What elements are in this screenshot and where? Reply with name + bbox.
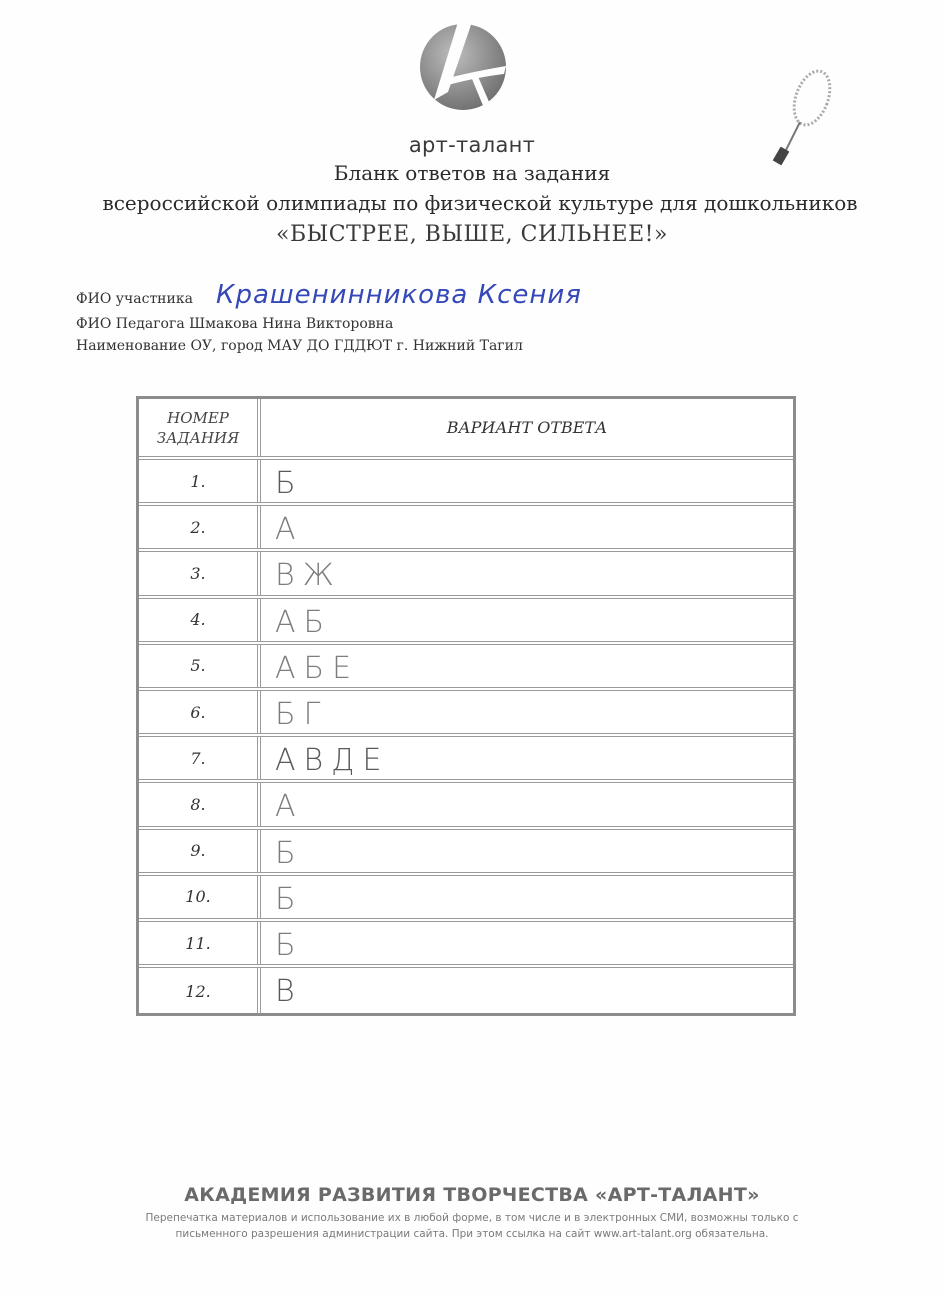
handwritten-answer: А (275, 785, 304, 829)
answer-cell[interactable]: Б (261, 876, 793, 918)
form-title: Бланк ответов на задания (0, 161, 944, 185)
answer-cell[interactable]: А (261, 783, 793, 825)
organization-line: Наименование ОУ, город МАУ ДО ГДДЮТ г. Н… (76, 338, 523, 354)
handwritten-answer: ВЖ (275, 554, 342, 598)
handwritten-answer: АВДЕ (275, 739, 389, 783)
handwritten-answer: Б (275, 924, 304, 968)
task-number: 4. (139, 599, 261, 641)
tennis-racket-icon (770, 60, 840, 170)
teacher-value: Шмакова Нина Викторовна (189, 316, 393, 332)
answer-cell[interactable]: Б (261, 922, 793, 964)
footer-note-line2: письменного разрешения администрации сай… (60, 1226, 884, 1242)
task-number: 3. (139, 552, 261, 594)
olympiad-name: «БЫСТРЕЕ, ВЫШЕ, СИЛЬНЕЕ!» (0, 222, 944, 247)
task-number: 9. (139, 830, 261, 872)
olympiad-subtitle: всероссийской олимпиады по физической ку… (80, 191, 880, 215)
footer-title: АКАДЕМИЯ РАЗВИТИЯ ТВОРЧЕСТВА «АРТ-ТАЛАНТ… (0, 1184, 944, 1206)
handwritten-answer: А (275, 508, 304, 552)
task-number: 12. (139, 968, 261, 1014)
footer-note-line1: Перепечатка материалов и использование и… (60, 1210, 884, 1226)
answer-cell[interactable]: ВЖ (261, 552, 793, 594)
task-number: 1. (139, 460, 261, 502)
table-row: 4.АБ (139, 599, 793, 645)
table-row: 6.БГ (139, 691, 793, 737)
art-talant-logo-icon (418, 22, 508, 112)
table-row: 2.А (139, 506, 793, 552)
handwritten-answer: Б (275, 462, 304, 506)
footer-copyright-note: Перепечатка материалов и использование и… (60, 1210, 884, 1242)
table-row: 5.АБЕ (139, 645, 793, 691)
task-number: 11. (139, 922, 261, 964)
answer-cell[interactable]: АВДЕ (261, 737, 793, 779)
handwritten-answer: В (275, 970, 303, 1014)
table-row: 9.Б (139, 830, 793, 876)
table-row: 12.В (139, 968, 793, 1014)
answer-cell[interactable]: БГ (261, 691, 793, 733)
header-task-number: НОМЕР ЗАДАНИЯ (139, 399, 261, 456)
handwritten-answer: БГ (275, 693, 328, 737)
handwritten-answer: АБЕ (275, 647, 359, 691)
table-row: 10.Б (139, 876, 793, 922)
participant-line: ФИО участника (76, 291, 193, 307)
teacher-label: ФИО Педагога (76, 316, 185, 332)
answer-cell[interactable]: А (261, 506, 793, 548)
participant-name-handwritten: Крашенинникова Ксения (216, 280, 582, 310)
task-number: 6. (139, 691, 261, 733)
handwritten-answer: АБ (275, 601, 332, 645)
answer-cell[interactable]: АБЕ (261, 645, 793, 687)
table-row: 3.ВЖ (139, 552, 793, 598)
table-row: 11.Б (139, 922, 793, 968)
table-row: 8.А (139, 783, 793, 829)
answer-cell[interactable]: АБ (261, 599, 793, 641)
organization-label: Наименование ОУ, город (76, 338, 263, 354)
task-number: 2. (139, 506, 261, 548)
task-number: 5. (139, 645, 261, 687)
handwritten-answer: Б (275, 878, 304, 922)
handwritten-answer: Б (275, 832, 304, 876)
header-answer: ВАРИАНТ ОТВЕТА (261, 399, 793, 456)
table-row: 1.Б (139, 460, 793, 506)
task-number: 8. (139, 783, 261, 825)
header-number-line1: НОМЕР (167, 408, 229, 428)
answer-table: НОМЕР ЗАДАНИЯ ВАРИАНТ ОТВЕТА 1.Б2.А3.ВЖ4… (136, 396, 796, 1016)
task-number: 10. (139, 876, 261, 918)
table-header-row: НОМЕР ЗАДАНИЯ ВАРИАНТ ОТВЕТА (139, 399, 793, 460)
participant-label: ФИО участника (76, 291, 193, 307)
table-row: 7.АВДЕ (139, 737, 793, 783)
organization-value: МАУ ДО ГДДЮТ г. Нижний Тагил (267, 338, 523, 354)
answer-cell[interactable]: Б (261, 830, 793, 872)
answer-cell[interactable]: Б (261, 460, 793, 502)
header-number-line2: ЗАДАНИЯ (157, 428, 240, 448)
answer-cell[interactable]: В (261, 968, 793, 1014)
teacher-line: ФИО Педагога Шмакова Нина Викторовна (76, 316, 393, 332)
task-number: 7. (139, 737, 261, 779)
